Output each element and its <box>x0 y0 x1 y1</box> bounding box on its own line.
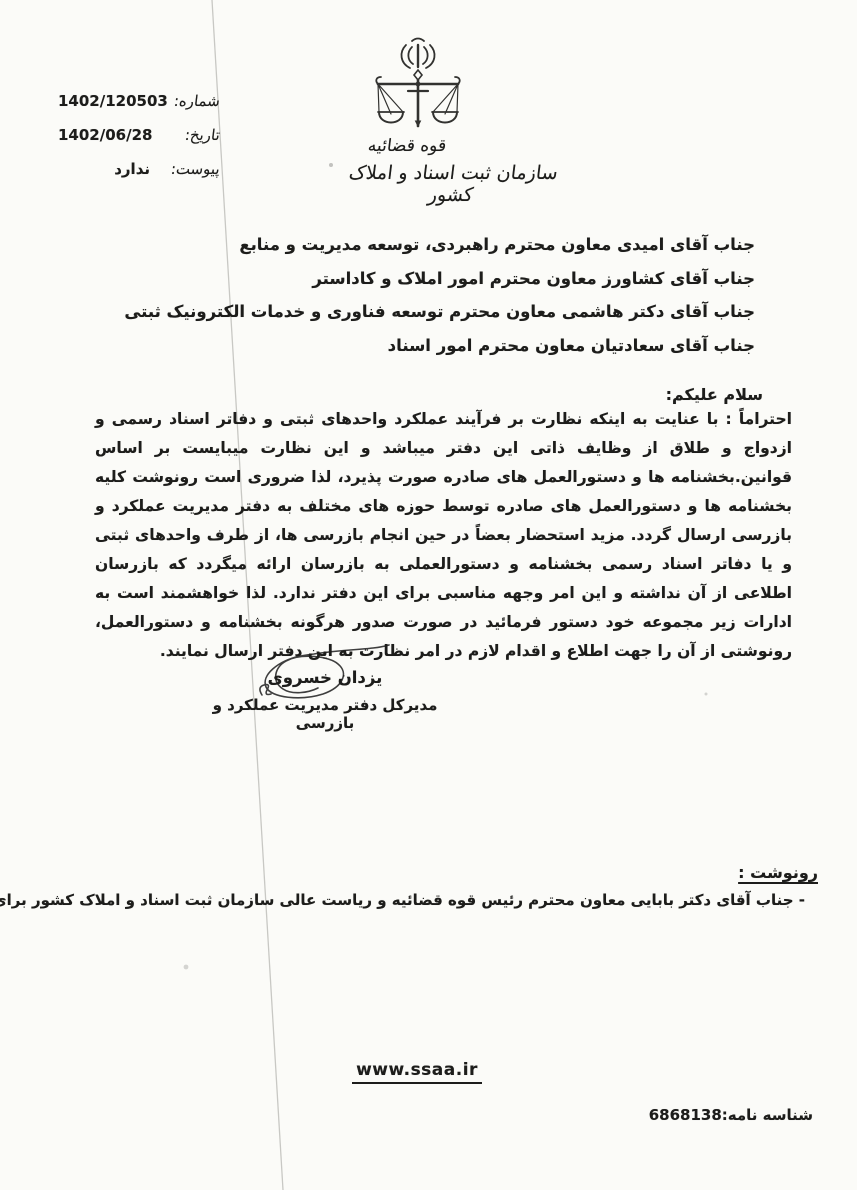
signatory-title: مدیرکل دفتر مدیریت عملکرد و بازرسی <box>195 696 455 732</box>
recipients-block: جناب آقای امیدی معاون محترم راهبردی، توس… <box>124 228 755 362</box>
recipient-line: جناب آقای کشاورز معاون محترم امور املاک … <box>124 262 755 296</box>
salutation: سلام علیکم: <box>666 385 763 404</box>
scan-speck <box>184 965 189 970</box>
letter-attachment-label: پیوست: <box>150 160 220 178</box>
letterhead-organization: سازمان ثبت اسناد و املاک کشور <box>332 162 572 206</box>
scan-speck <box>705 693 708 696</box>
recipient-line: جناب آقای امیدی معاون محترم راهبردی، توس… <box>124 228 755 262</box>
letter-attachment-value: ندارد <box>58 160 150 178</box>
judiciary-emblem-icon <box>372 34 464 136</box>
letter-id-label: شناسه نامه: <box>722 1106 813 1124</box>
letter-date-row: تاریخ: 1402/06/28 <box>58 118 220 152</box>
letter-meta-block: شماره: 1402/120503 تاریخ: 1402/06/28 پیو… <box>58 84 220 186</box>
recipient-line: جناب آقای دکتر هاشمی معاون محترم توسعه ف… <box>124 295 755 329</box>
recipient-line: جناب آقای سعادتیان معاون محترم امور اسنا… <box>124 329 755 363</box>
letter-number-label: شماره: <box>168 92 220 110</box>
letter-id: شناسه نامه:6868138 <box>649 1106 813 1124</box>
letter-id-value: 6868138 <box>649 1106 722 1124</box>
scanned-letter-page: شماره: 1402/120503 تاریخ: 1402/06/28 پیو… <box>0 0 857 1190</box>
letter-date-label: تاریخ: <box>152 126 220 144</box>
website-text: www.ssaa.ir <box>352 1060 482 1084</box>
cc-heading: رونوشت : <box>738 863 818 882</box>
letter-number-value: 1402/120503 <box>58 92 168 110</box>
letter-attachment-row: پیوست: ندارد <box>58 152 220 186</box>
letterhead-authority: قوه قضائیه <box>332 136 482 156</box>
cc-item: - جناب آقای دکتر بابایی معاون محترم رئیس… <box>0 891 805 909</box>
letter-number-row: شماره: 1402/120503 <box>58 84 220 118</box>
signatory-name: یزدان خسروی <box>195 668 455 687</box>
letter-date-value: 1402/06/28 <box>58 126 152 144</box>
letter-body: احتراماً : با عنایت به اینکه نظارت بر فر… <box>95 405 792 666</box>
